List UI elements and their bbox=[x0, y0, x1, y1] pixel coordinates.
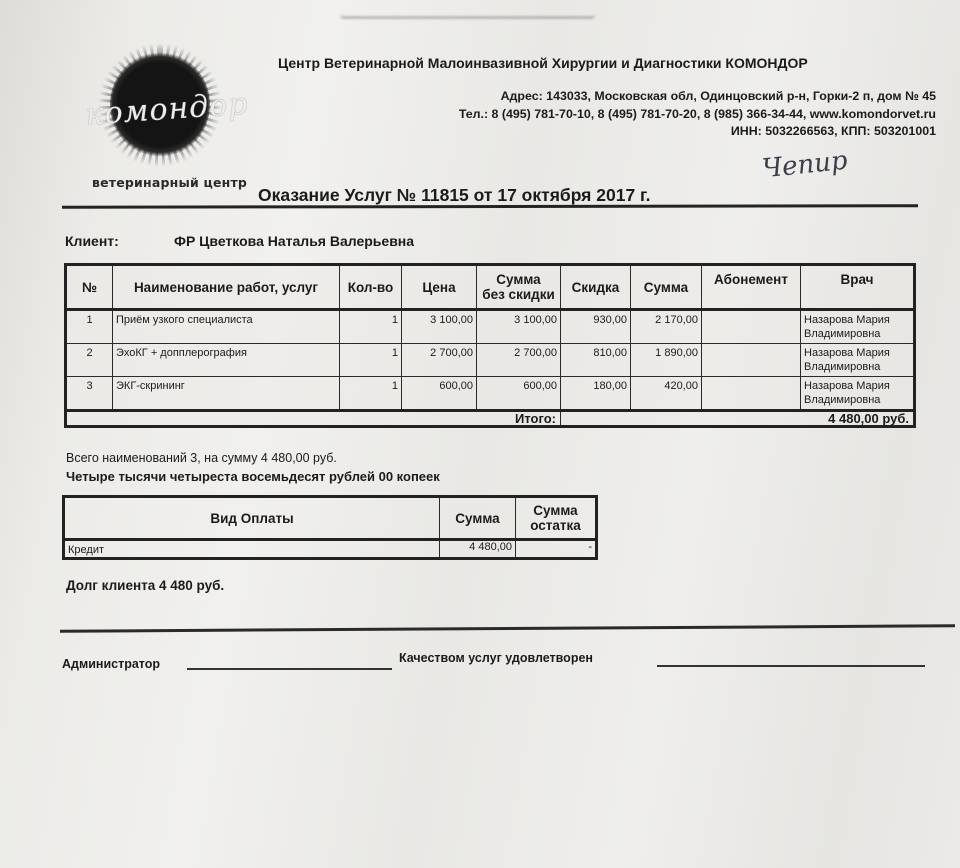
row-num: 2 bbox=[66, 344, 113, 377]
header-sum-no-discount-line1: Сумма bbox=[496, 272, 540, 287]
header-num: № bbox=[66, 265, 113, 310]
header-doctor: Врач bbox=[801, 265, 915, 310]
header-payment-sum: Сумма bbox=[440, 497, 516, 540]
row-service-name: ЭКГ-скрининг bbox=[113, 377, 340, 411]
document-title: Оказание Услуг № 11815 от 17 октября 201… bbox=[258, 185, 650, 206]
doctor-name-line1: Назарова Мария bbox=[804, 380, 890, 392]
total-label: Итого: bbox=[66, 411, 561, 427]
services-header-row: № Наименование работ, услуг Кол-во Цена … bbox=[66, 265, 915, 310]
doctor-name-line2: Владимировна bbox=[804, 328, 880, 340]
payment-table: Вид Оплаты Сумма Суммаостатка Кредит 4 4… bbox=[62, 495, 598, 560]
divider bbox=[62, 204, 918, 208]
row-sum: 2 170,00 bbox=[631, 310, 702, 344]
row-price: 2 700,00 bbox=[402, 344, 477, 377]
payment-remainder: - bbox=[516, 540, 597, 559]
row-doctor: Назарова МарияВладимировна bbox=[801, 344, 915, 377]
summary-words: Четыре тысячи четыреста восемьдесят рубл… bbox=[66, 469, 440, 484]
admin-signature-label: Администратор bbox=[62, 657, 160, 671]
table-row: Кредит 4 480,00 - bbox=[64, 540, 597, 559]
row-num: 3 bbox=[66, 377, 113, 411]
handwritten-note: Чепир bbox=[761, 146, 849, 185]
header-sum: Сумма bbox=[631, 265, 702, 310]
row-qty: 1 bbox=[340, 344, 402, 377]
row-doctor: Назарова МарияВладимировна bbox=[801, 377, 915, 411]
header-payment-type: Вид Оплаты bbox=[64, 497, 440, 540]
client-debt: Долг клиента 4 480 руб. bbox=[66, 578, 224, 593]
table-row: 3 ЭКГ-скрининг 1 600,00 600,00 180,00 42… bbox=[66, 377, 915, 411]
doctor-name-line2: Владимировна bbox=[804, 361, 880, 373]
row-discount: 180,00 bbox=[561, 377, 631, 411]
row-sum-no-discount: 2 700,00 bbox=[477, 344, 561, 377]
services-table: № Наименование работ, услуг Кол-во Цена … bbox=[64, 263, 916, 428]
header-sum-no-discount-line2: без скидки bbox=[482, 287, 555, 302]
logo-caption: ветеринарный центр bbox=[92, 175, 247, 190]
organization-name: Центр Ветеринарной Малоинвазивной Хирург… bbox=[278, 55, 808, 71]
row-service-name: Приём узкого специалиста bbox=[113, 310, 340, 344]
row-sum-no-discount: 3 100,00 bbox=[477, 310, 561, 344]
row-subscription bbox=[702, 377, 801, 411]
quality-signature-label: Качеством услуг удовлетворен bbox=[399, 651, 593, 665]
summary-count: Всего наименований 3, на сумму 4 480,00 … bbox=[66, 451, 337, 465]
header-remainder-line1: Сумма bbox=[533, 503, 577, 518]
row-sum: 420,00 bbox=[631, 377, 702, 411]
row-service-name: ЭхоКГ + допплерография bbox=[113, 344, 340, 377]
row-sum-no-discount: 600,00 bbox=[477, 377, 561, 411]
table-row: 2 ЭхоКГ + допплерография 1 2 700,00 2 70… bbox=[66, 344, 915, 377]
header-price: Цена bbox=[402, 265, 477, 310]
header-discount: Скидка bbox=[561, 265, 631, 310]
row-sum: 1 890,00 bbox=[631, 344, 702, 377]
admin-signature-line bbox=[187, 668, 392, 670]
row-qty: 1 bbox=[340, 377, 402, 411]
quality-signature-line bbox=[657, 665, 925, 667]
row-subscription bbox=[702, 344, 801, 377]
row-num: 1 bbox=[66, 310, 113, 344]
client-label: Клиент: bbox=[65, 233, 119, 249]
organization-address: Адрес: 143033, Московская обл, Одинцовск… bbox=[501, 89, 936, 103]
row-qty: 1 bbox=[340, 310, 402, 344]
row-discount: 930,00 bbox=[561, 310, 631, 344]
row-discount: 810,00 bbox=[561, 344, 631, 377]
payment-sum: 4 480,00 bbox=[440, 540, 516, 559]
payment-type: Кредит bbox=[64, 540, 440, 559]
table-row: 1 Приём узкого специалиста 1 3 100,00 3 … bbox=[66, 310, 915, 344]
header-subscription: Абонемент bbox=[702, 265, 801, 310]
payment-header-row: Вид Оплаты Сумма Суммаостатка bbox=[64, 497, 597, 540]
client-name: ФР Цветкова Наталья Валерьевна bbox=[174, 233, 414, 249]
doctor-name-line2: Владимировна bbox=[804, 394, 880, 406]
organization-tax-ids: ИНН: 5032266563, КПП: 503201001 bbox=[731, 124, 936, 138]
row-subscription bbox=[702, 310, 801, 344]
total-row: Итого: 4 480,00 руб. bbox=[66, 411, 915, 427]
row-price: 3 100,00 bbox=[402, 310, 477, 344]
row-doctor: Назарова МарияВладимировна bbox=[801, 310, 915, 344]
header-sum-no-discount: Сумма без скидки bbox=[477, 265, 561, 310]
header-qty: Кол-во bbox=[340, 265, 402, 310]
organization-phones: Тел.: 8 (495) 781-70-10, 8 (495) 781-70-… bbox=[459, 107, 936, 121]
row-price: 600,00 bbox=[402, 377, 477, 411]
header-name: Наименование работ, услуг bbox=[113, 265, 340, 310]
header-payment-remainder: Суммаостатка bbox=[516, 497, 597, 540]
header-remainder-line2: остатка bbox=[530, 518, 581, 533]
divider bbox=[60, 624, 955, 632]
total-value: 4 480,00 руб. bbox=[561, 411, 915, 427]
doctor-name-line1: Назарова Мария bbox=[804, 314, 890, 326]
doctor-name-line1: Назарова Мария bbox=[804, 347, 890, 359]
pencil-scribble bbox=[340, 6, 595, 19]
